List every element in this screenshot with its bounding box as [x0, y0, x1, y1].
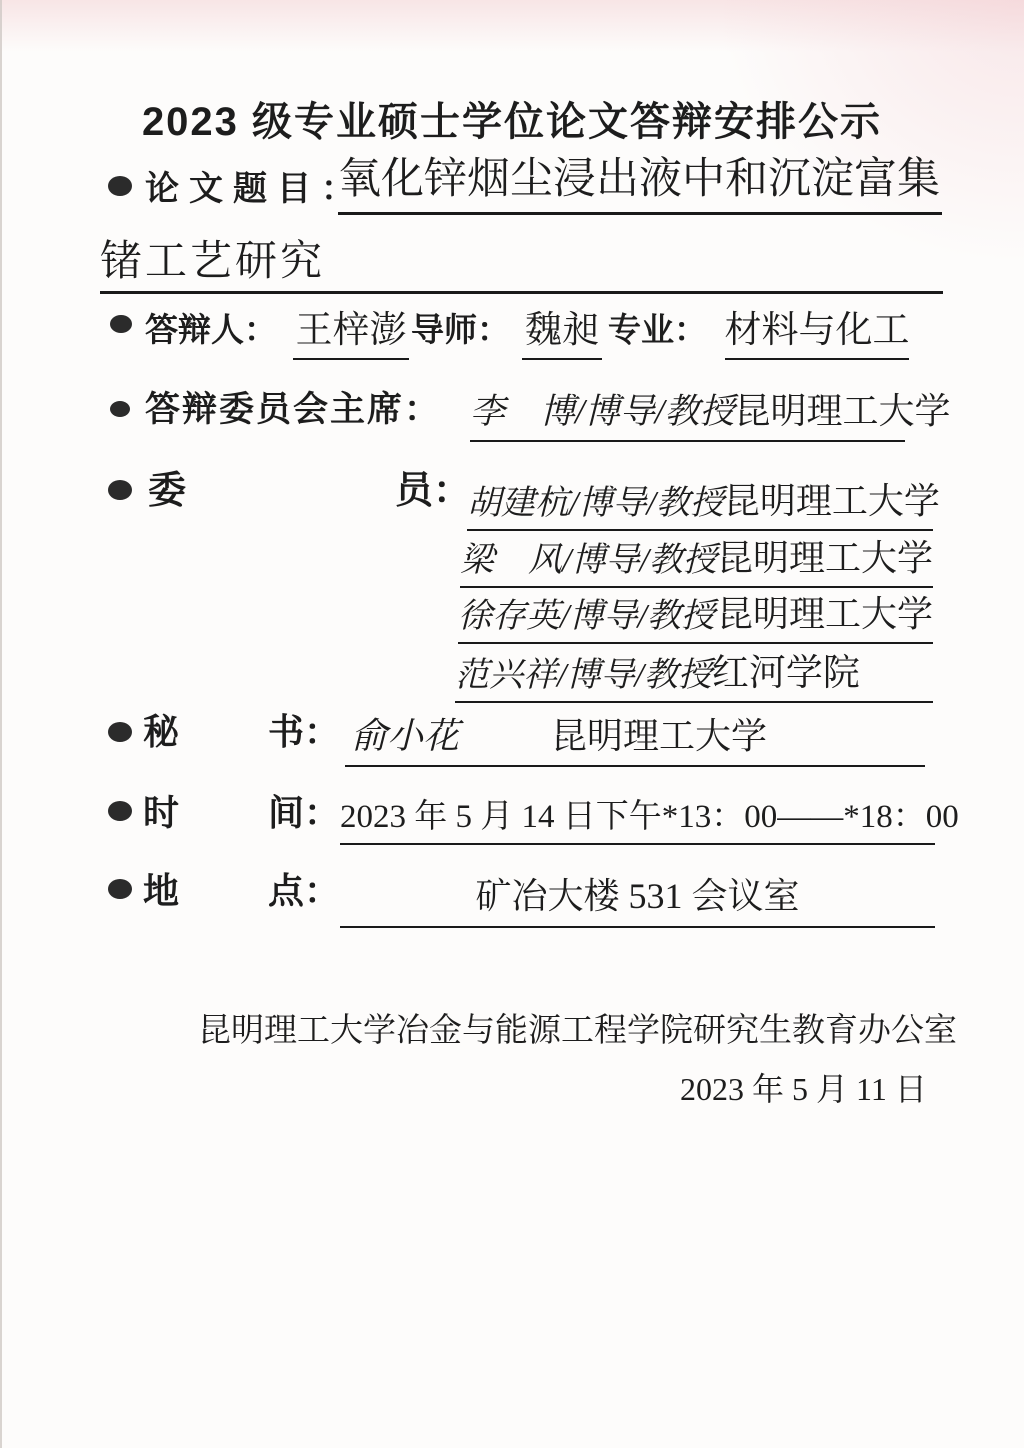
bullet-icon [108, 480, 132, 500]
scan-tint-top [0, 0, 1024, 52]
location-label-left: 地 [143, 871, 179, 912]
defender-name: 王梓澎 [293, 299, 409, 360]
location-field: 矿冶大楼 531 会议室 [340, 868, 935, 928]
chair-name-title: 李 博/博导/教授 [470, 384, 734, 434]
thesis-title-line1: 氧化锌烟尘浸出液中和沉淀富集 [338, 154, 940, 206]
scanned-document-page: 2023 级专业硕士学位论文答辩安排公示 论文题目： 氧化锌烟尘浸出液中和沉淀富… [0, 0, 1024, 1448]
committee-label-right: 员： [395, 470, 471, 514]
member-name-title: 范兴祥/博导/教授 [455, 647, 712, 696]
member-affiliation: 昆明理工大学 [717, 530, 933, 581]
chair-affiliation: 昆明理工大学 [734, 383, 950, 434]
member-affiliation: 昆明理工大学 [717, 586, 933, 637]
defender-label: 答辩人： [145, 304, 277, 360]
secretary-label-left: 秘 [143, 712, 179, 753]
bullet-icon [108, 176, 132, 196]
committee-member-row: 梁 风/博导/教授 昆明理工大学 [460, 530, 933, 588]
member-name-title: 梁 风/博导/教授 [460, 532, 717, 581]
bullet-icon [108, 879, 132, 899]
time-label-right: 间： [268, 793, 340, 834]
secretary-affiliation: 昆明理工大学 [551, 708, 767, 759]
secretary-label-right: 书： [268, 712, 340, 753]
supervisor-name: 魏昶 [522, 299, 602, 360]
supervisor-label: 导师： [411, 304, 510, 360]
thesis-title-label: 论文题目： [145, 170, 365, 209]
bullet-icon [108, 722, 132, 742]
bullet-icon [108, 801, 132, 821]
thesis-title-line2: 锗工艺研究 [100, 238, 325, 286]
committee-member-row: 范兴祥/博导/教授 红河学院 [455, 642, 933, 703]
secretary-field: 俞小花 昆明理工大学 [345, 708, 925, 767]
page-title: 2023 级专业硕士学位论文答辩安排公示 [0, 100, 1024, 144]
major-label: 专业： [608, 304, 707, 360]
footer-office: 昆明理工大学冶金与能源工程学院研究生教育办公室 [198, 1004, 957, 1051]
thesis-title-field-line1: 氧化锌烟尘浸出液中和沉淀富集 [338, 154, 942, 215]
footer-date: 2023 年 5 月 11 日 [680, 1064, 927, 1110]
scan-edge-line [0, 0, 2, 1448]
chair-label: 答辩委员会主席： [145, 390, 441, 430]
committee-label-left: 委 [148, 470, 186, 514]
member-name-title: 徐存英/博导/教授 [458, 588, 715, 637]
member-name-title: 胡建杭/博导/教授 [467, 475, 724, 524]
time-field: 2023 年 5 月 14 日下午*13：00——*18：00 [340, 790, 935, 845]
time-value: 2023 年 5 月 14 日下午*13：00——*18：00 [340, 790, 959, 837]
bullet-icon [110, 401, 130, 417]
time-label-left: 时 [143, 793, 179, 834]
bullet-icon [110, 315, 132, 333]
thesis-title-field-line2: 锗工艺研究 [100, 238, 943, 294]
major-value: 材料与化工 [725, 299, 909, 360]
defender-row: 答辩人： 王梓澎 导师： 魏昶 专业： 材料与化工 [145, 299, 909, 360]
chair-field: 李 博/博导/教授 昆明理工大学 [470, 383, 905, 442]
member-affiliation: 红河学院 [712, 642, 860, 696]
secretary-name: 俞小花 [351, 708, 459, 759]
committee-member-row: 胡建杭/博导/教授 昆明理工大学 [467, 473, 933, 531]
location-value: 矿冶大楼 531 会议室 [475, 868, 799, 919]
committee-member-row: 徐存英/博导/教授 昆明理工大学 [458, 586, 933, 644]
member-affiliation: 昆明理工大学 [724, 473, 940, 524]
location-label-right: 点： [268, 871, 340, 912]
